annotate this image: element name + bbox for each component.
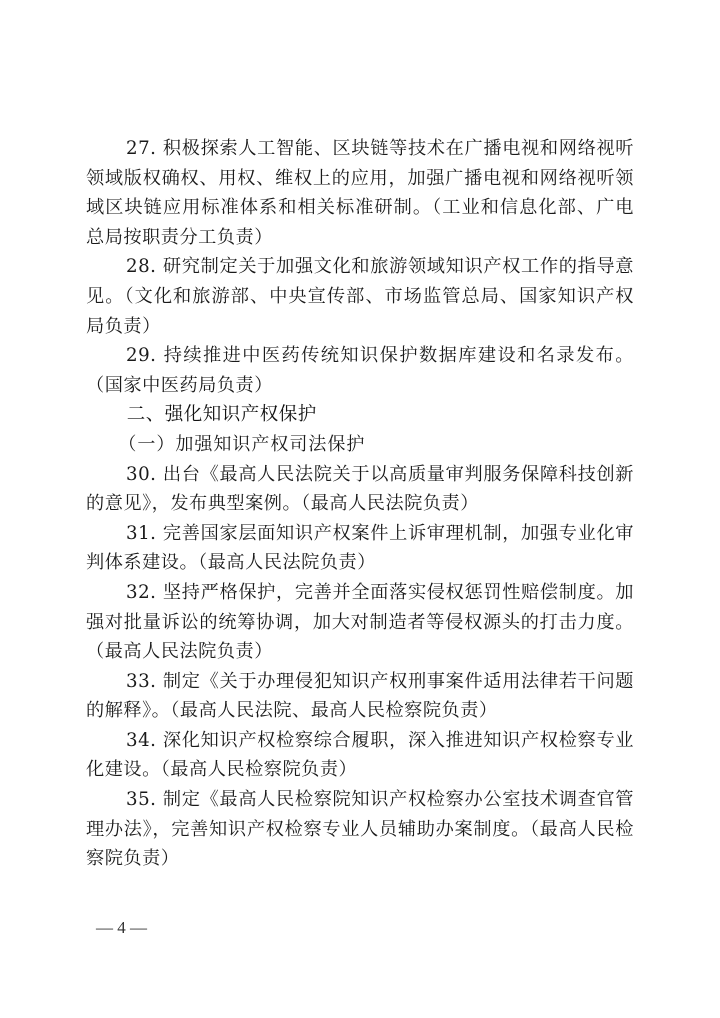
paragraph-text: 深化知识产权检察综合履职，深入推进知识产权检察专业化建设。（最高人民检察院负责）	[86, 730, 634, 781]
paragraph-text: 持续推进中医药传统知识保护数据库建设和名录发布。（国家中医药局负责）	[86, 345, 634, 396]
document-page: 27. 积极探索人工智能、区块链等技术在广播电视和网络视听领域版权确权、用权、维…	[86, 134, 634, 874]
paragraph-29: 29. 持续推进中医药传统知识保护数据库建设和名录发布。（国家中医药局负责）	[86, 341, 634, 400]
item-number: 32.	[126, 582, 156, 603]
item-number: 33.	[126, 671, 156, 692]
paragraph-text: 完善国家层面知识产权案件上诉审理机制，加强专业化审判体系建设。（最高人民法院负责…	[86, 523, 634, 574]
paragraph-34: 34. 深化知识产权检察综合履职，深入推进知识产权检察专业化建设。（最高人民检察…	[86, 726, 634, 785]
item-number: 35.	[126, 789, 156, 810]
paragraph-text: 出台《最高人民法院关于以高质量审判服务保障科技创新的意见》，发布典型案例。（最高…	[86, 464, 634, 515]
paragraph-text: 研究制定关于加强文化和旅游领域知识产权工作的指导意见。（文化和旅游部、中央宣传部…	[86, 256, 634, 336]
item-number: 31.	[126, 523, 156, 544]
paragraph-text: 坚持严格保护，完善并全面落实侵权惩罚性赔偿制度。加强对批量诉讼的统筹协调，加大对…	[86, 582, 634, 662]
paragraph-text: 积极探索人工智能、区块链等技术在广播电视和网络视听领域版权确权、用权、维权上的应…	[86, 138, 634, 248]
item-number: 28.	[126, 256, 156, 277]
section-heading: 二、强化知识产权保护	[86, 400, 634, 430]
item-number: 29.	[126, 345, 156, 366]
paragraph-35: 35. 制定《最高人民检察院知识产权检察办公室技术调查官管理办法》，完善知识产权…	[86, 785, 634, 874]
paragraph-27: 27. 积极探索人工智能、区块链等技术在广播电视和网络视听领域版权确权、用权、维…	[86, 134, 634, 252]
item-number: 27.	[126, 138, 156, 159]
paragraph-28: 28. 研究制定关于加强文化和旅游领域知识产权工作的指导意见。（文化和旅游部、中…	[86, 252, 634, 341]
paragraph-32: 32. 坚持严格保护，完善并全面落实侵权惩罚性赔偿制度。加强对批量诉讼的统筹协调…	[86, 578, 634, 667]
item-number: 30.	[126, 464, 156, 485]
subsection-heading: （一）加强知识产权司法保护	[86, 430, 634, 460]
paragraph-33: 33. 制定《关于办理侵犯知识产权刑事案件适用法律若干问题的解释》。（最高人民法…	[86, 667, 634, 726]
paragraph-30: 30. 出台《最高人民法院关于以高质量审判服务保障科技创新的意见》，发布典型案例…	[86, 460, 634, 519]
page-number: — 4 —	[96, 918, 147, 938]
paragraph-31: 31. 完善国家层面知识产权案件上诉审理机制，加强专业化审判体系建设。（最高人民…	[86, 519, 634, 578]
item-number: 34.	[126, 730, 156, 751]
paragraph-text: 制定《关于办理侵犯知识产权刑事案件适用法律若干问题的解释》。（最高人民法院、最高…	[86, 671, 634, 722]
paragraph-text: 制定《最高人民检察院知识产权检察办公室技术调查官管理办法》，完善知识产权检察专业…	[86, 789, 634, 869]
